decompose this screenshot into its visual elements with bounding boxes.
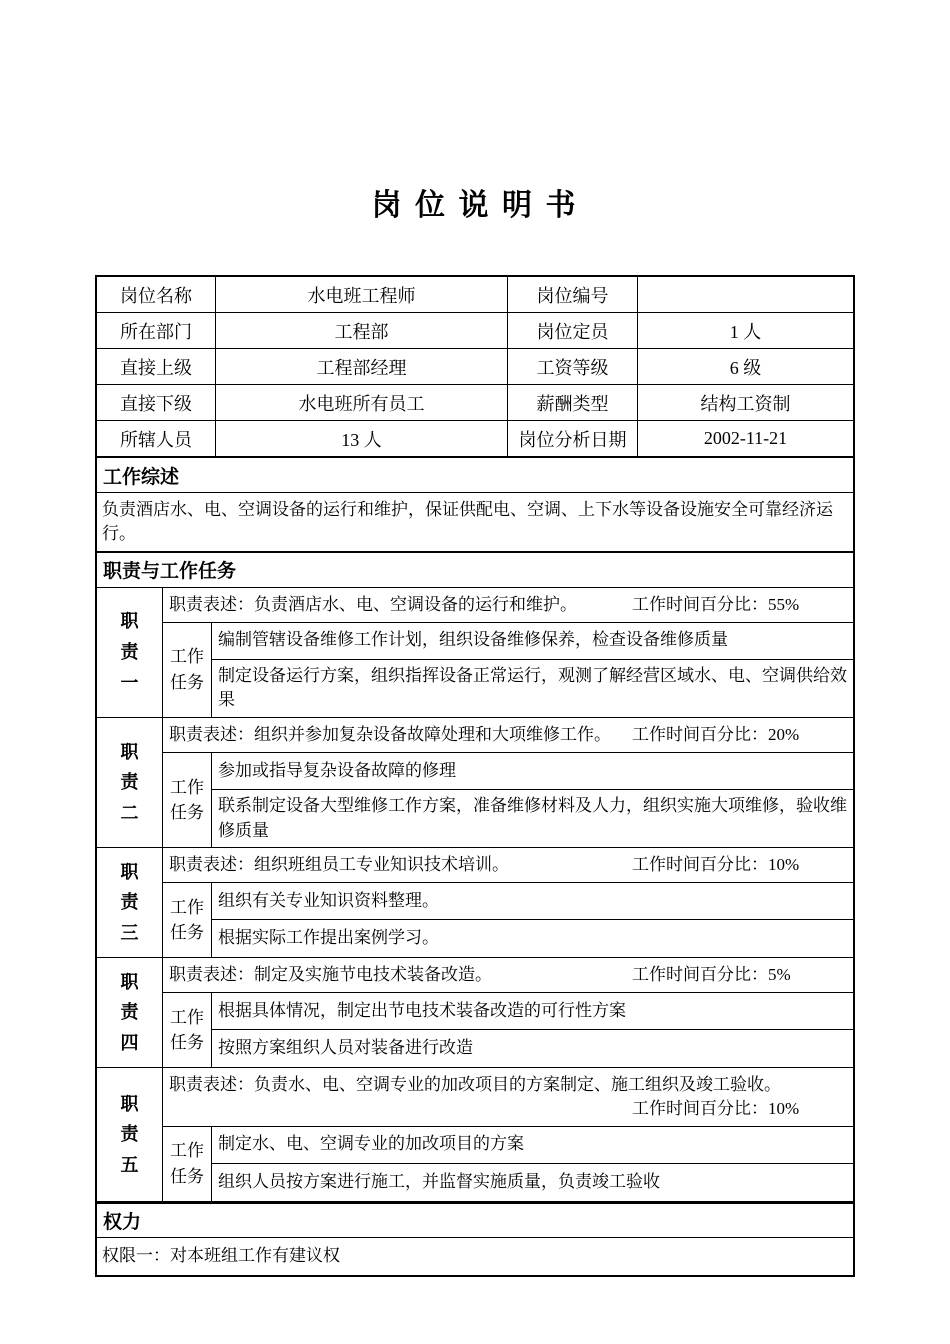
duty-number: 职责三 [97,848,163,957]
info-value: 水电班工程师 [216,277,508,312]
duty-block: 职责一 职责表述：负责酒店水、电、空调设备的运行和维护。 工作时间百分比：55%… [97,588,853,718]
table-row: 直接上级 工程部经理 工资等级 6 级 [97,349,853,385]
duty-task-label: 工作任务 [163,1127,212,1201]
duty-statement-text: 职责表述：负责水、电、空调专业的加改项目的方案制定、施工组织及竣工验收。 [169,1073,781,1097]
info-label: 所辖人员 [97,421,216,456]
section-heading-duties: 职责与工作任务 [97,552,853,588]
duty-statement-text: 职责表述：组织并参加复杂设备故障处理和大项维修工作。 [169,723,611,747]
duty-task-label: 工作任务 [163,753,212,847]
info-label: 岗位编号 [508,277,638,312]
duty-time-percent: 工作时间百分比：20% [632,723,827,747]
duty-block: 职责三 职责表述：组织班组员工专业知识技术培训。 工作时间百分比：10% 工作任… [97,848,853,958]
info-value: 2002-11-21 [638,421,853,456]
duty-task-label: 工作任务 [163,993,212,1067]
duty-time-percent: 工作时间百分比：5% [632,963,827,987]
authority-item: 权限一：对本班组工作有建议权 [97,1238,853,1275]
info-label: 薪酬类型 [508,385,638,420]
info-value: 13 人 [216,421,508,456]
work-summary-text: 负责酒店水、电、空调设备的运行和维护，保证供配电、空调、上下水等设备设施安全可靠… [97,493,853,552]
info-label: 所在部门 [97,313,216,348]
duty-task-label: 工作任务 [163,623,212,717]
section-heading-authority: 权力 [97,1202,853,1238]
duty-block: 职责五 职责表述：负责水、电、空调专业的加改项目的方案制定、施工组织及竣工验收。… [97,1068,853,1202]
info-value: 水电班所有员工 [216,385,508,420]
info-value: 工程部经理 [216,349,508,384]
table-row: 岗位名称 水电班工程师 岗位编号 [97,277,853,313]
info-value: 结构工资制 [638,385,853,420]
duty-task: 根据实际工作提出案例学习。 [212,920,853,957]
document-page: 岗 位 说 明 书 岗位名称 水电班工程师 岗位编号 所在部门 工程部 岗位定员… [0,0,950,1344]
duty-task: 根据具体情况，制定出节电技术装备改造的可行性方案 [212,993,853,1030]
duty-task: 制定水、电、空调专业的加改项目的方案 [212,1127,853,1164]
page-title: 岗 位 说 明 书 [0,180,950,224]
duty-statement-text: 职责表述：制定及实施节电技术装备改造。 [169,963,492,987]
table-row: 所在部门 工程部 岗位定员 1 人 [97,313,853,349]
duty-time-percent: 工作时间百分比：10% [632,853,827,877]
info-label: 直接上级 [97,349,216,384]
duty-time-percent: 工作时间百分比：55% [632,593,827,617]
duty-task: 联系制定设备大型维修工作方案，准备维修材料及人力，组织实施大项维修，验收维修质量 [212,790,853,847]
section-heading-work-summary: 工作综述 [97,457,853,493]
duty-statement-text: 职责表述：组织班组员工专业知识技术培训。 [169,853,509,877]
duty-number: 职责一 [97,588,163,717]
info-value: 工程部 [216,313,508,348]
duty-task: 组织人员按方案进行施工，并监督实施质量，负责竣工验收 [212,1164,853,1201]
duty-statement: 职责表述：负责水、电、空调专业的加改项目的方案制定、施工组织及竣工验收。 工作时… [163,1068,853,1127]
duty-number: 职责二 [97,718,163,847]
duty-time-percent: 工作时间百分比：10% [632,1097,827,1121]
duty-task: 组织有关专业知识资料整理。 [212,883,853,920]
duty-number: 职责五 [97,1068,163,1201]
duty-block: 职责二 职责表述：组织并参加复杂设备故障处理和大项维修工作。 工作时间百分比：2… [97,718,853,848]
info-label: 岗位名称 [97,277,216,312]
duty-task-label: 工作任务 [163,883,212,957]
duty-statement-text: 职责表述：负责酒店水、电、空调设备的运行和维护。 [169,593,577,617]
table-row: 直接下级 水电班所有员工 薪酬类型 结构工资制 [97,385,853,421]
info-label: 岗位分析日期 [508,421,638,456]
duty-task: 按照方案组织人员对装备进行改造 [212,1030,853,1067]
duty-statement: 职责表述：制定及实施节电技术装备改造。 工作时间百分比：5% [163,958,853,993]
duty-statement: 职责表述：组织班组员工专业知识技术培训。 工作时间百分比：10% [163,848,853,883]
info-label: 直接下级 [97,385,216,420]
duty-block: 职责四 职责表述：制定及实施节电技术装备改造。 工作时间百分比：5% 工作任务 … [97,958,853,1068]
duty-task: 制定设备运行方案，组织指挥设备正常运行，观测了解经营区域水、电、空调供给效果 [212,660,853,717]
duty-statement: 职责表述：负责酒店水、电、空调设备的运行和维护。 工作时间百分比：55% [163,588,853,623]
info-value: 1 人 [638,313,853,348]
job-description-table: 岗位名称 水电班工程师 岗位编号 所在部门 工程部 岗位定员 1 人 直接上级 … [95,275,855,1277]
table-row: 所辖人员 13 人 岗位分析日期 2002-11-21 [97,421,853,457]
duty-task: 参加或指导复杂设备故障的修理 [212,753,853,790]
info-label: 岗位定员 [508,313,638,348]
info-value [638,277,853,312]
duty-statement: 职责表述：组织并参加复杂设备故障处理和大项维修工作。 工作时间百分比：20% [163,718,853,753]
info-value: 6 级 [638,349,853,384]
duty-task: 编制管辖设备维修工作计划，组织设备维修保养，检查设备维修质量 [212,623,853,660]
duty-number: 职责四 [97,958,163,1067]
info-label: 工资等级 [508,349,638,384]
